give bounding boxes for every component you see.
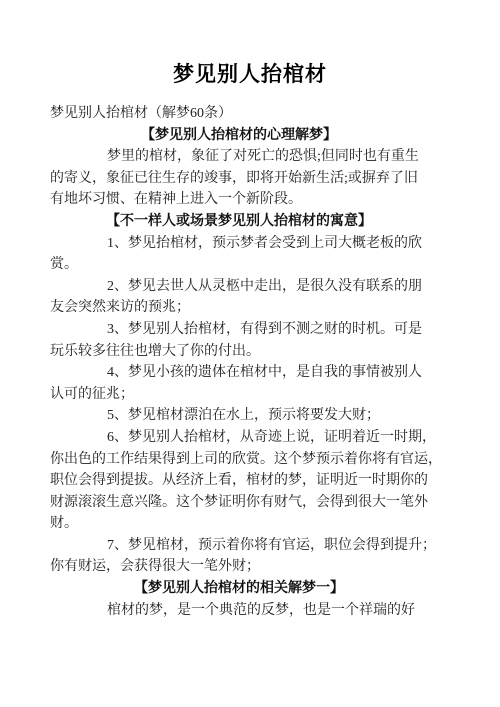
body-line: 友会突然来访的预兆； xyxy=(50,297,428,319)
body-line: 棺材的梦，是一个典范的反梦，也是一个祥瑞的好 xyxy=(50,600,428,622)
list-item-4: 4、梦见小孩的遗体在棺材中，是自我的事情被别人 xyxy=(50,362,428,384)
body-line: 的寄义，象征已往生存的竣事，即将开始新生活;或摒弃了旧 xyxy=(50,168,428,190)
document-title: 梦见别人抬棺材 xyxy=(0,0,500,90)
list-item-7: 7、梦见棺材，预示着你将有官运，职位会得到提升； xyxy=(50,535,428,557)
document-subtitle: 梦见别人抬棺材（解梦60条） xyxy=(50,103,428,125)
body-line: 赏。 xyxy=(50,254,428,276)
body-line: 财源滚滚生意兴隆。这个梦证明你有财气，会得到很大一笔外 xyxy=(50,492,428,514)
list-item-6: 6、梦见别人抬棺材，从奇迹上说，证明着近一时期， xyxy=(50,427,428,449)
list-item-2: 2、梦见去世人从灵柩中走出，是很久没有联系的朋 xyxy=(50,276,428,298)
section-heading-psychology: 【梦见别人抬棺材的心理解梦】 xyxy=(50,125,428,147)
body-line: 你有财运，会获得很大一笔外财； xyxy=(50,556,428,578)
list-item-3: 3、梦见别人抬棺材，有得到不测之财的时机。可是 xyxy=(50,319,428,341)
section-heading-scenarios: 【不一样人或场景梦见别人抬棺材的寓意】 xyxy=(50,211,428,233)
list-item-5: 5、梦见棺材漂泊在水上，预示将要发大财； xyxy=(50,405,428,427)
body-line: 有地坏习惯、在精神上进入一个新阶段。 xyxy=(50,189,428,211)
body-line: 职位会得到提拔。从经济上看，棺材的梦，证明近一时期你的 xyxy=(50,470,428,492)
list-item-1: 1、梦见抬棺材，预示梦者会受到上司大概老板的欣 xyxy=(50,233,428,255)
body-line: 财。 xyxy=(50,513,428,535)
section-heading-related: 【梦见别人抬棺材的相关解梦一】 xyxy=(50,578,428,600)
body-line: 认可的征兆； xyxy=(50,384,428,406)
document-page: 梦见别人抬棺材 梦见别人抬棺材（解梦60条） 【梦见别人抬棺材的心理解梦】 梦里… xyxy=(0,0,500,707)
body-line: 你出色的工作结果得到上司的欣赏。这个梦预示着你将有官运， xyxy=(50,449,428,471)
body-line: 梦里的棺材，象征了对死亡的恐惧;但同时也有重生 xyxy=(50,146,428,168)
body-line: 玩乐较多往往也增大了你的付出。 xyxy=(50,341,428,363)
